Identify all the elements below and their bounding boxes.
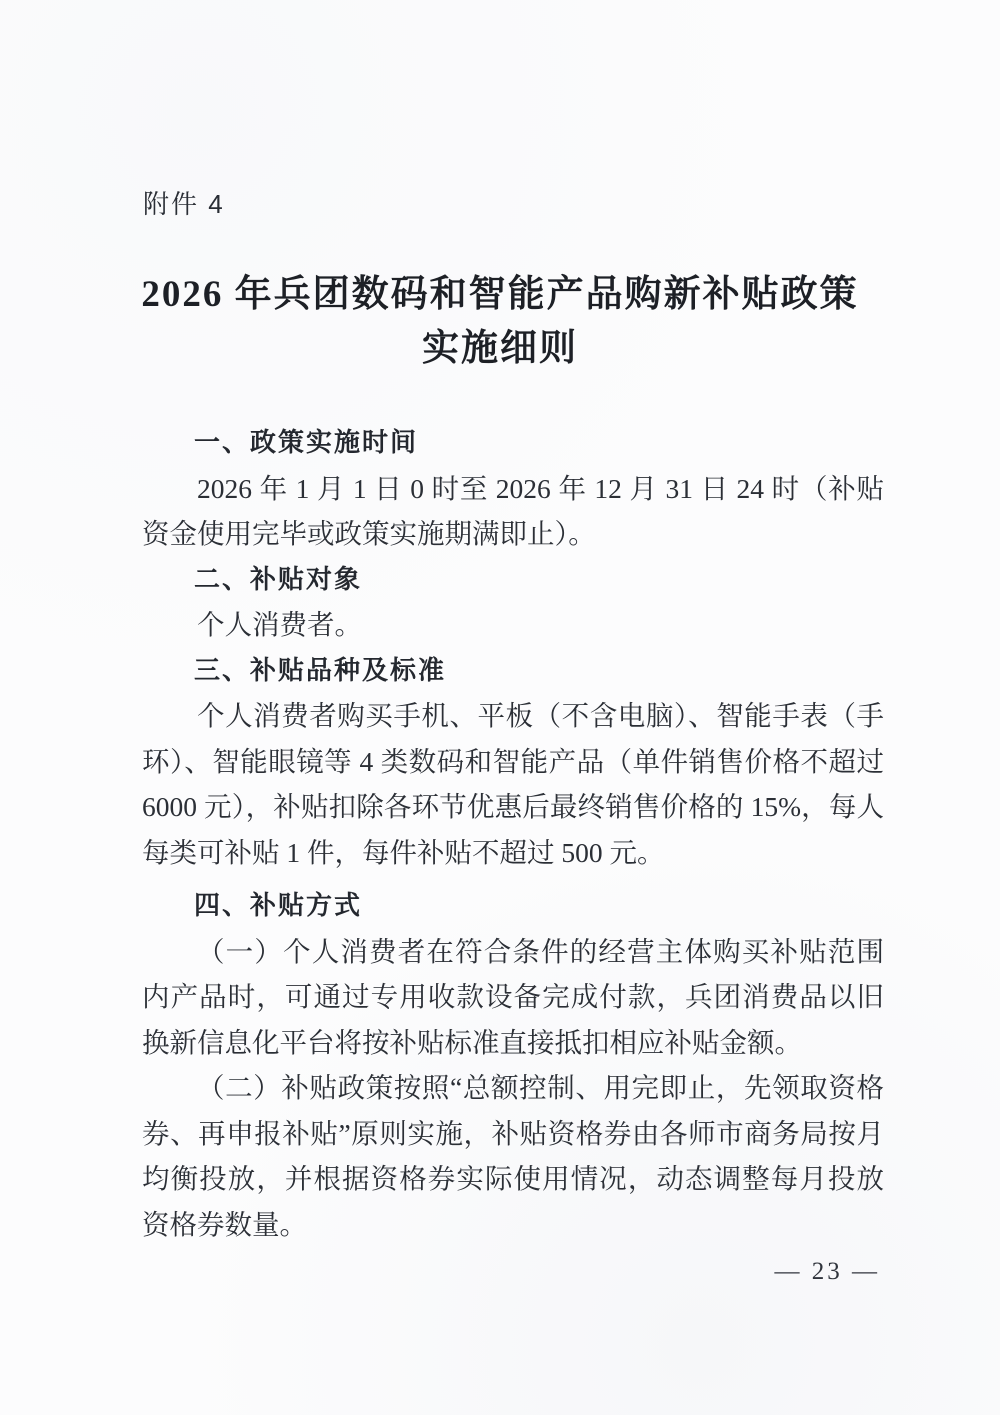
section-heading-2: 二、补贴对象	[142, 557, 884, 603]
section-heading-1: 一、政策实施时间	[142, 420, 884, 466]
section-1-paragraph: 2026 年 1 月 1 日 0 时至 2026 年 12 月 31 日 24 …	[142, 466, 884, 557]
section-2-paragraph: 个人消费者。	[142, 602, 884, 648]
page-number: — 23 —	[775, 1258, 881, 1286]
section-4-paragraph-1: （一）个人消费者在符合条件的经营主体购买补贴范围内产品时，可通过专用收款设备完成…	[142, 929, 884, 1066]
section-heading-4: 四、补贴方式	[142, 883, 884, 929]
attachment-label: 附件 4	[143, 184, 225, 221]
document-body: 一、政策实施时间 2026 年 1 月 1 日 0 时至 2026 年 12 月…	[142, 420, 884, 1247]
document-page: 附件 4 2026 年兵团数码和智能产品购新补贴政策 实施细则 一、政策实施时间…	[0, 0, 1000, 1415]
document-title-line1: 2026 年兵团数码和智能产品购新补贴政策	[141, 274, 858, 315]
document-title: 2026 年兵团数码和智能产品购新补贴政策 实施细则	[0, 268, 1000, 376]
section-4-paragraph-2: （二）补贴政策按照“总额控制、用完即止，先领取资格券、再申报补贴”原则实施，补贴…	[142, 1065, 884, 1247]
section-3-paragraph: 个人消费者购买手机、平板（不含电脑）、智能手表（手环）、智能眼镜等 4 类数码和…	[142, 693, 884, 875]
document-title-line2: 实施细则	[422, 328, 578, 369]
section-heading-3: 三、补贴品种及标准	[142, 648, 884, 694]
